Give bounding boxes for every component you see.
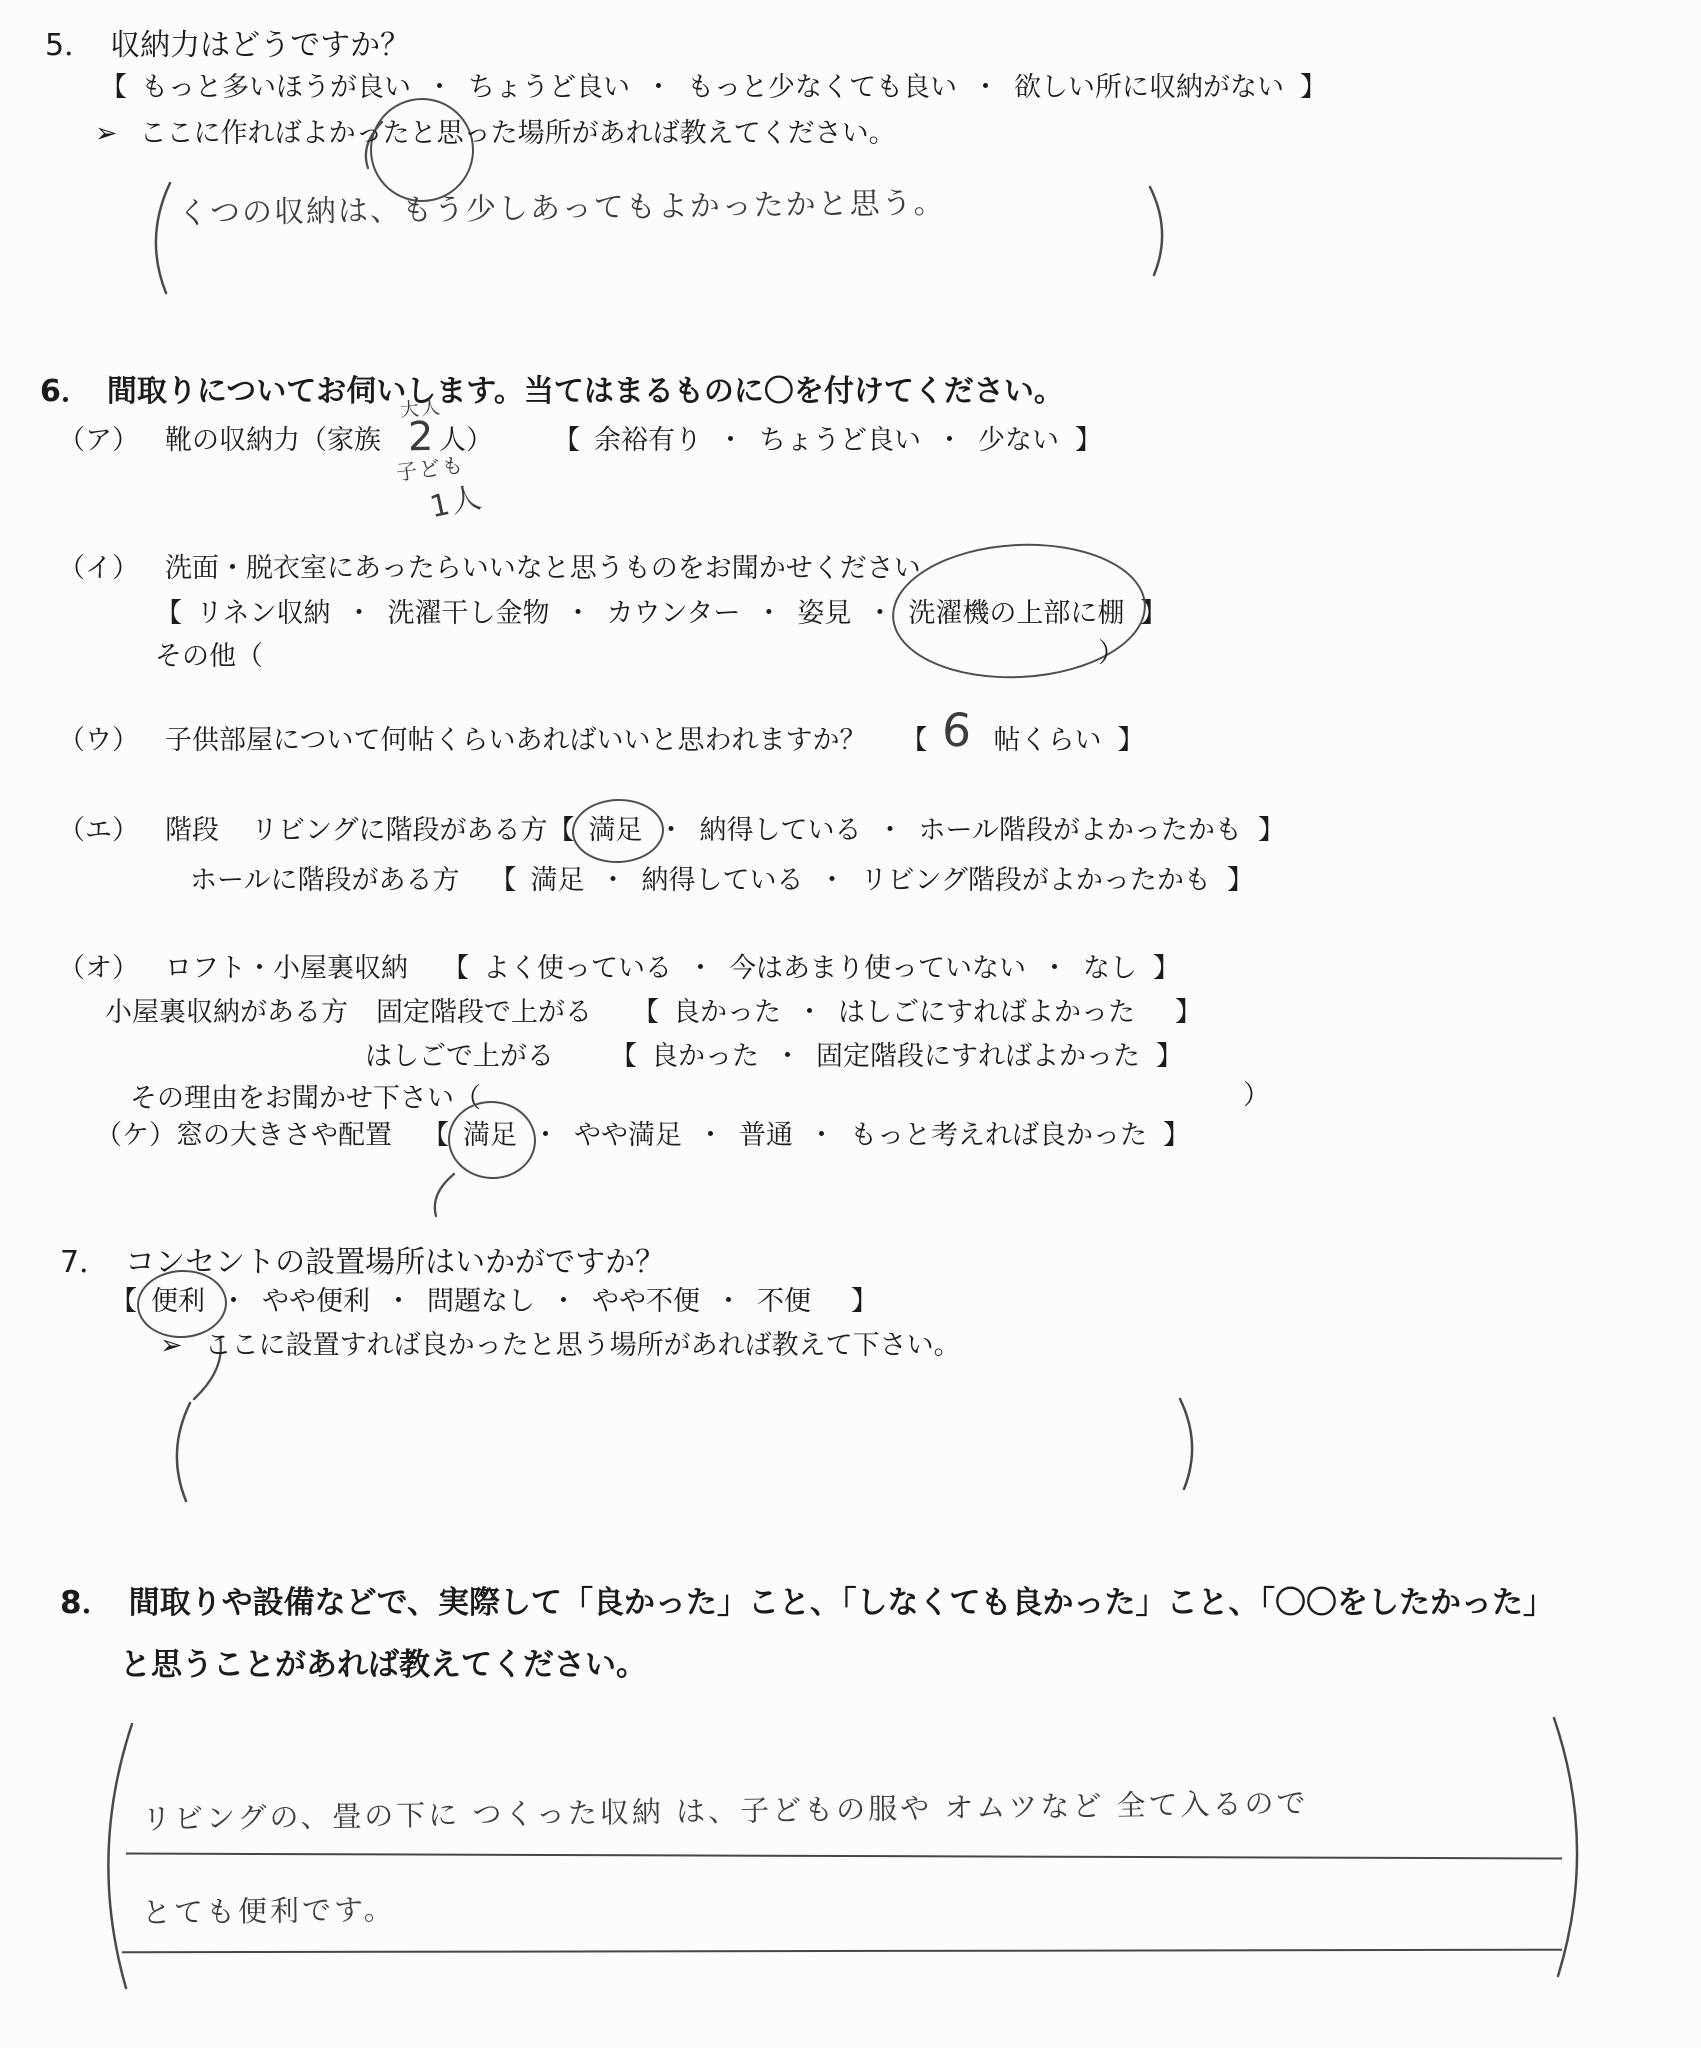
- q6-a-option-2: ちょうど良い: [759, 423, 921, 458]
- bracket-close: 】: [1117, 723, 1144, 758]
- option-separator: ・: [687, 951, 714, 986]
- q6-item-ke-lead: 窓の大きさや配置: [176, 1118, 392, 1153]
- option-separator: ・: [550, 1284, 577, 1319]
- option-separator: ・: [599, 863, 626, 898]
- question-8-title-line1: 間取りや設備などで、実際して「良かった」こと、「しなくても良かった」こと、「〇〇…: [129, 1583, 1554, 1623]
- handwritten-underline: [122, 1949, 1562, 1954]
- bracket-open: 【: [489, 863, 516, 898]
- pen-stroke-tail: [428, 1172, 458, 1218]
- option-separator: ・: [818, 863, 845, 898]
- question-8-number: 8．: [60, 1583, 113, 1623]
- q5-option-2: ちょうど良い: [468, 70, 630, 105]
- option-separator: ・: [385, 1284, 412, 1319]
- question-5-options: 【 もっと多いほうが良い ・ ちょうど良い ・ もっと少なくても良い ・ 欲しい…: [100, 70, 1327, 105]
- question-8-heading-line1: 8． 間取りや設備などで、実際して「良かった」こと、「しなくても良かった」こと、…: [60, 1583, 1554, 1623]
- q6-u-unit: 帖くらい: [993, 723, 1101, 758]
- handwritten-paren-left-icon: [162, 1400, 194, 1504]
- bracket-open: 【: [100, 70, 127, 105]
- bracket-close: 】: [1156, 1039, 1183, 1074]
- q6-item-u: （ウ） 子供部屋について何帖くらいあればいいと思われますか？ 【 帖くらい 】: [58, 723, 1144, 758]
- q6-o-line2-lead: 小屋裏収納がある方: [105, 995, 348, 1030]
- option-separator: ・: [972, 70, 999, 105]
- question-7-options: 【 便利 ・ やや便利 ・ 問題なし ・ やや不便 ・ 不便 】: [110, 1284, 878, 1319]
- bracket-open: 【: [553, 423, 580, 458]
- option-separator: ・: [657, 813, 684, 848]
- option-separator: ・: [808, 1118, 835, 1153]
- paren-open: （: [454, 1081, 481, 1116]
- paren-open: （: [236, 639, 263, 674]
- q6-a-handwritten-adult-count: 2: [408, 412, 436, 462]
- q6-item-i-other-close: ）: [1098, 636, 1125, 671]
- option-separator: ・: [876, 813, 903, 848]
- q6-i-other-label: その他: [155, 639, 236, 674]
- bracket-close: 】: [1163, 1118, 1190, 1153]
- q6-item-i-lead: 洗面・脱衣室にあったらいいなと思うものをお聞かせください: [165, 551, 921, 586]
- bracket-close: 】: [1300, 70, 1327, 105]
- q6-item-u-label: （ウ）: [58, 723, 139, 758]
- option-separator: ・: [1041, 951, 1068, 986]
- q6-o-option-3: なし: [1083, 951, 1137, 986]
- q6-item-u-lead: 子供部屋について何帖くらいあればいいと思われますか？: [165, 723, 866, 758]
- q6-item-i-label: （イ）: [58, 551, 139, 586]
- option-separator: ・: [697, 1118, 724, 1153]
- q6-ke-option-1-text: 満足: [463, 1120, 517, 1151]
- option-separator: ・: [936, 423, 963, 458]
- option-separator: ・: [796, 995, 823, 1030]
- q6-e-l2-option-2: 納得している: [641, 863, 803, 898]
- paren-close: ）: [1098, 636, 1125, 671]
- q6-item-o-line3: はしごで上がる 【 良かった ・ 固定階段にすればよかった 】: [365, 1039, 1183, 1074]
- q6-ke-option-1: 満足: [463, 1118, 517, 1153]
- q6-i-option-4: 姿見: [797, 596, 851, 631]
- q6-e-l2-option-3: リビング階段がよかったかも: [860, 863, 1210, 898]
- handwritten-paren-right-icon: [1146, 184, 1176, 278]
- q6-ke-option-2: やや満足: [574, 1118, 682, 1153]
- option-separator: ・: [755, 596, 782, 631]
- handwritten-underline: [126, 1852, 1562, 1859]
- q6-e-option-1: 満足: [588, 813, 642, 848]
- q6-a-handwritten-child-count: 1人: [427, 479, 487, 527]
- q6-item-e-label: （エ）: [58, 813, 139, 848]
- q6-item-ke: （ケ） 窓の大きさや配置 【 満足 ・ やや満足 ・ 普通 ・ もっと考えれば良…: [95, 1118, 1190, 1153]
- bracket-close: 】: [1175, 995, 1202, 1030]
- bracket-open: 【: [422, 1118, 449, 1153]
- q6-e-l2-option-1: 満足: [530, 863, 584, 898]
- q6-item-e-line2: ホールに階段がある方 【 満足 ・ 納得している ・ リビング階段がよかったかも…: [190, 863, 1254, 898]
- q6-item-o-reason: その理由をお聞かせ下さい （: [130, 1081, 481, 1116]
- question-5-prompt: ➢ ここに作ればよかったと思った場所があれば教えてください。: [95, 116, 896, 151]
- q6-e-option-3: ホール階段がよかったかも: [918, 813, 1241, 848]
- q6-item-a: （ア） 靴の収納力（家族 人） 【 余裕有り ・ ちょうど良い ・ 少ない 】: [58, 423, 1102, 458]
- question-5-prompt-text: ここに作ればよかったと思った場所があれば教えてください。: [140, 116, 896, 151]
- q6-item-ke-label: （ケ）: [95, 1118, 176, 1153]
- option-separator: ・: [220, 1284, 247, 1319]
- bracket-open: 【: [547, 813, 574, 848]
- question-5-title: 収納力はどうですか？: [110, 26, 410, 65]
- q7-option-1-text: 便利: [151, 1286, 205, 1317]
- q6-e-option-2: 納得している: [699, 813, 861, 848]
- question-5-number: 5．: [45, 26, 94, 65]
- paren-close: ）: [1243, 1078, 1270, 1113]
- q6-i-option-2: 洗濯干し金物: [387, 596, 549, 631]
- q5-option-3: もっと少なくても良い: [687, 70, 957, 105]
- q6-o-l2-option-1: 良かった: [673, 995, 781, 1030]
- option-separator: ・: [532, 1118, 559, 1153]
- question-7-heading: 7． コンセントの設置場所はいかがですか？: [60, 1243, 665, 1282]
- q6-item-o-line1: （オ） ロフト・小屋裏収納 【 よく使っている ・ 今はあまり使っていない ・ …: [58, 951, 1180, 986]
- question-7-prompt: ➢ ここに設置すれば良かったと思う場所があれば教えて下さい。: [160, 1328, 961, 1363]
- q7-option-4: やや不便: [592, 1284, 700, 1319]
- question-6-number: 6．: [40, 372, 91, 411]
- q6-i-option-5: 洗濯機の上部に棚: [908, 596, 1124, 631]
- bracket-open: 【: [442, 951, 469, 986]
- question-6-heading: 6． 間取りについてお伺いします。当てはまるものに〇を付けてください。: [40, 372, 1064, 411]
- option-separator: ・: [774, 1039, 801, 1074]
- bracket-close: 】: [1258, 813, 1285, 848]
- q6-i-option-1: リネン収納: [196, 596, 330, 631]
- q5-option-4: 欲しい所に収納がない: [1014, 70, 1284, 105]
- arrow-bullet-icon: ➢: [95, 116, 118, 151]
- q6-o-l3-option-1: 良かった: [651, 1039, 759, 1074]
- q6-u-handwritten-value: 6: [940, 701, 975, 761]
- q7-option-5: 不便: [757, 1284, 811, 1319]
- q5-option-1: もっと多いほうが良い: [141, 70, 411, 105]
- question-6-title: 間取りについてお伺いします。当てはまるものに〇を付けてください。: [107, 372, 1064, 411]
- bracket-open: 【: [110, 1284, 137, 1319]
- handwritten-paren-right-icon: [1176, 1396, 1206, 1492]
- question-7-number: 7．: [60, 1243, 109, 1282]
- q6-ke-option-4: もっと考えれば良かった: [850, 1118, 1147, 1153]
- q7-option-1: 便利: [151, 1284, 205, 1319]
- q6-e-line2-lead: ホールに階段がある方: [190, 863, 459, 898]
- option-separator: ・: [717, 423, 744, 458]
- q6-o-option-2: 今はあまり使っていない: [729, 951, 1026, 986]
- q6-item-i-options: 【 リネン収納 ・ 洗濯干し金物 ・ カウンター ・ 姿見 ・ 洗濯機の上部に棚…: [155, 596, 1167, 631]
- bracket-open: 【: [632, 995, 659, 1030]
- q6-item-a-lead: 靴の収納力（家族: [165, 423, 381, 458]
- q6-o-option-1: よく使っている: [483, 951, 672, 986]
- q6-item-o-label: （オ）: [58, 951, 139, 986]
- bracket-open: 【: [155, 596, 182, 631]
- handwritten-paren-left-icon: [140, 180, 174, 296]
- q6-i-option-5-text: 洗濯機の上部に棚: [908, 598, 1124, 629]
- option-separator: ・: [564, 596, 591, 631]
- q6-o-l2-option-2: はしごにすればよかった: [838, 995, 1135, 1030]
- q6-item-i-other: その他 （: [155, 639, 263, 674]
- bracket-close: 】: [1140, 596, 1167, 631]
- q6-e-option-1-text: 満足: [588, 815, 642, 846]
- question-8-heading-line2: と思うことがあれば教えてください。: [120, 1645, 647, 1685]
- bracket-close: 】: [1153, 951, 1180, 986]
- q6-item-o-reason-close: ）: [1243, 1078, 1270, 1113]
- q6-o-reason-label: その理由をお聞かせ下さい: [130, 1081, 454, 1116]
- bracket-open: 【: [610, 1039, 637, 1074]
- bracket-close: 】: [851, 1284, 878, 1319]
- q6-i-option-3: カウンター: [606, 596, 740, 631]
- question-8-handwritten-answer-line2: とても便利です。: [142, 1891, 396, 1931]
- q7-option-2: やや便利: [262, 1284, 370, 1319]
- q6-item-i: （イ） 洗面・脱衣室にあったらいいなと思うものをお聞かせください: [58, 551, 921, 586]
- option-separator: ・: [345, 596, 372, 631]
- q7-option-3: 問題なし: [427, 1284, 535, 1319]
- q6-ke-option-3: 普通: [739, 1118, 793, 1153]
- question-5-handwritten-answer: くつの収納は、もう少しあってもよかったかと思う。: [178, 185, 946, 233]
- question-5-heading: 5． 収納力はどうですか？: [45, 26, 410, 65]
- q6-o-line2-mode: 固定階段で上がる: [376, 995, 592, 1030]
- q6-a-option-1: 余裕有り: [594, 423, 702, 458]
- scanned-survey-page: 5． 収納力はどうですか？ 【 もっと多いほうが良い ・ ちょうど良い ・ もっ…: [0, 0, 1701, 2048]
- question-7-title: コンセントの設置場所はいかがですか？: [125, 1243, 665, 1282]
- option-separator: ・: [426, 70, 453, 105]
- arrow-bullet-icon: ➢: [160, 1328, 183, 1363]
- question-7-prompt-text: ここに設置すれば良かったと思う場所があれば教えて下さい。: [205, 1328, 961, 1363]
- bracket-close: 】: [1227, 863, 1254, 898]
- option-separator: ・: [715, 1284, 742, 1319]
- question-8-title-line2: と思うことがあれば教えてください。: [120, 1645, 647, 1685]
- q6-e-line1-lead: リビングに階段がある方: [251, 813, 547, 848]
- q6-item-o-line2: 小屋裏収納がある方 固定階段で上がる 【 良かった ・ はしごにすればよかった …: [105, 995, 1202, 1030]
- option-separator: ・: [645, 70, 672, 105]
- q6-o-l3-option-2: 固定階段にすればよかった: [816, 1039, 1140, 1074]
- bracket-close: 】: [1075, 423, 1102, 458]
- q6-item-e-line1: （エ） 階段 リビングに階段がある方 【 満足 ・ 納得している ・ ホール階段…: [58, 813, 1285, 848]
- q6-item-e-lead: 階段: [165, 813, 219, 848]
- bracket-open: 【: [900, 723, 927, 758]
- q6-o-line3-mode: はしごで上がる: [365, 1039, 554, 1074]
- option-separator: ・: [866, 596, 893, 631]
- question-8-handwritten-answer-line1: リビングの、畳の下に つくった収納 は、子どもの服や オムツなど 全て入るので: [142, 1785, 1309, 1838]
- q6-item-a-label: （ア）: [58, 423, 139, 458]
- handwritten-paren-right-icon: [1548, 1714, 1602, 1980]
- q6-item-o-lead: ロフト・小屋裏収納: [165, 951, 408, 986]
- q6-a-option-3: 少ない: [978, 423, 1059, 458]
